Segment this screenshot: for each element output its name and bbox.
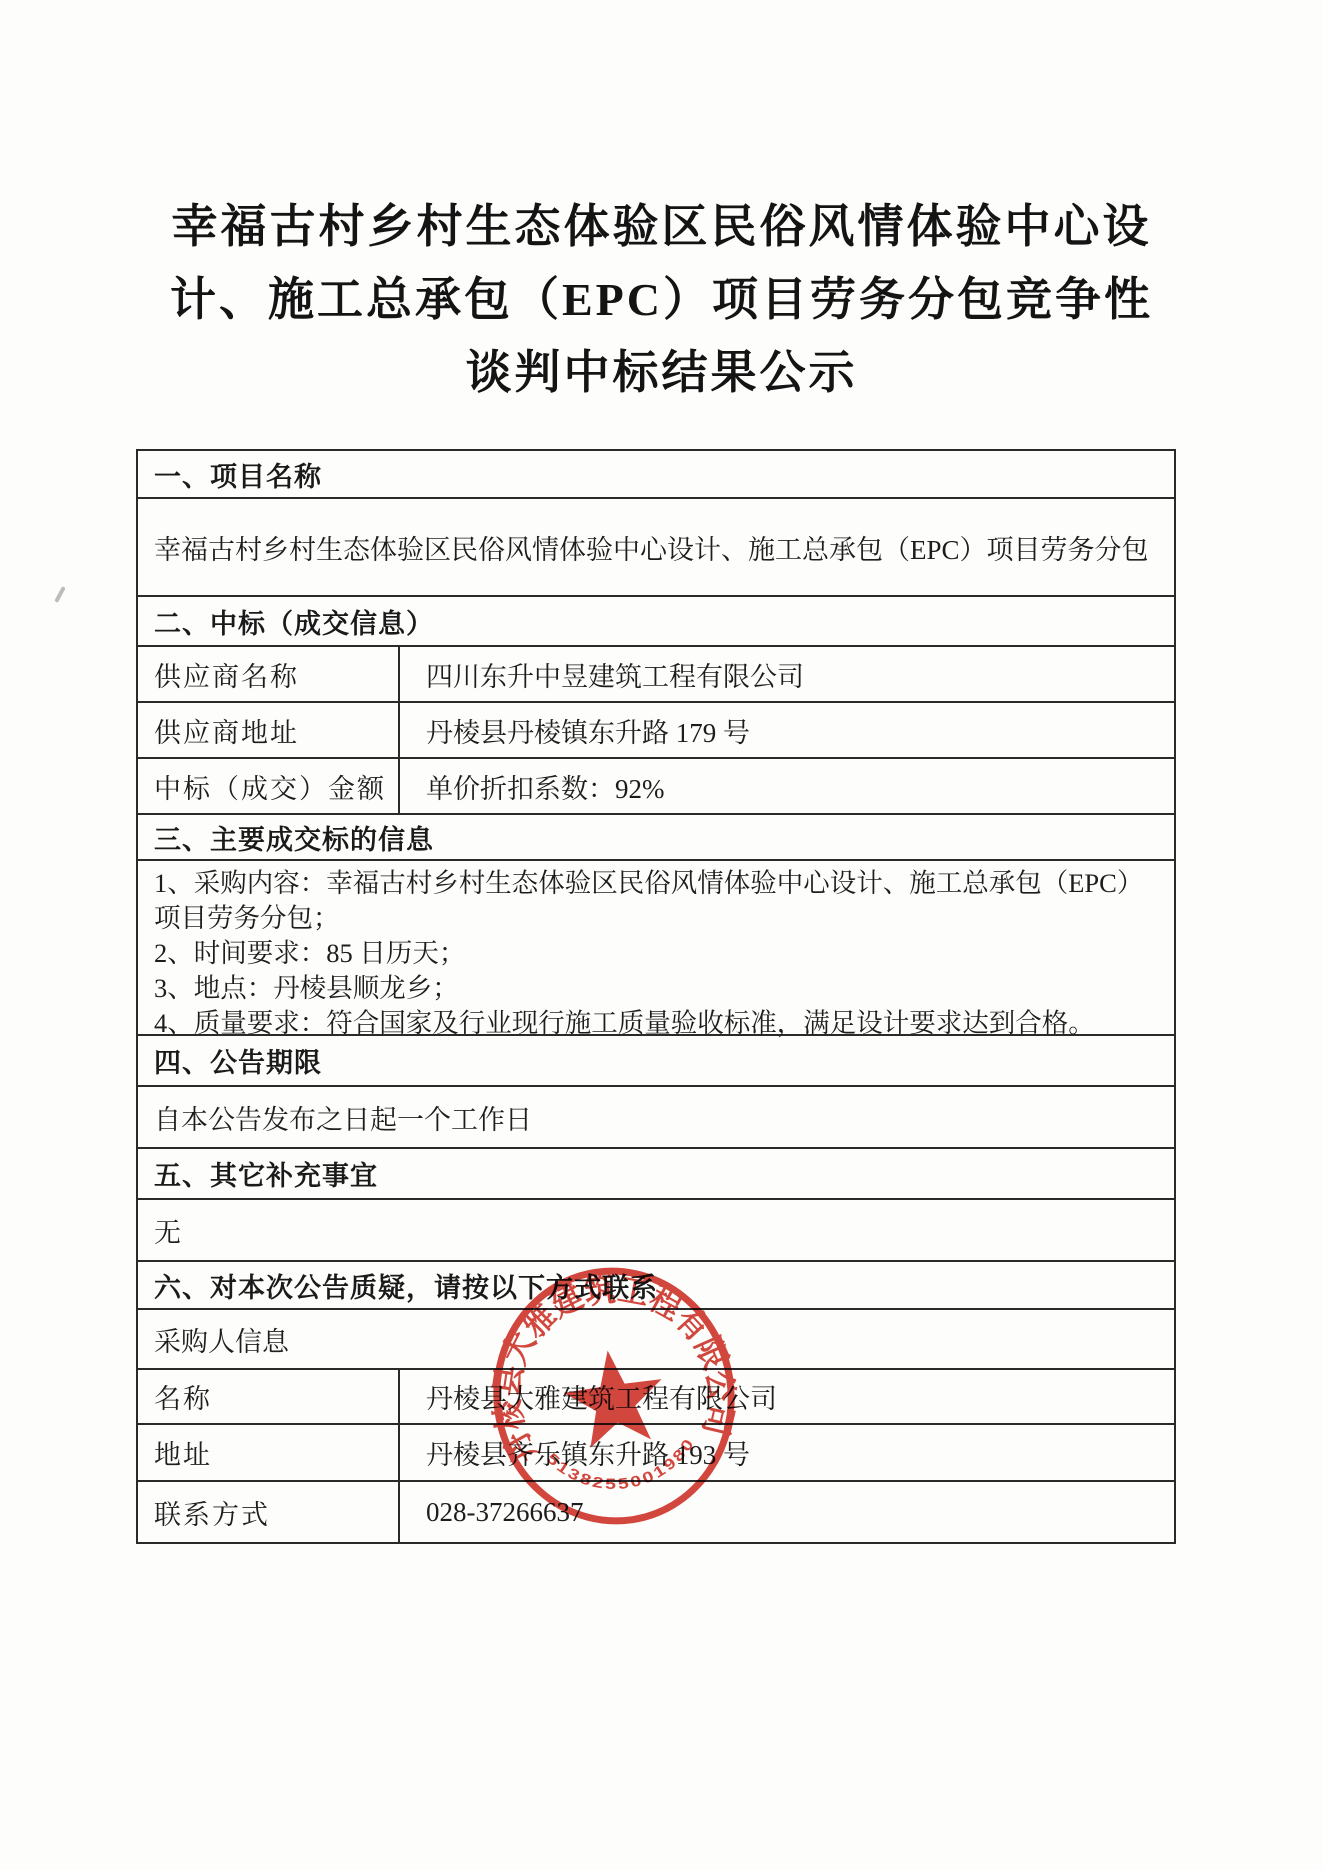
supplier-address-value: 丹棱县丹棱镇东升路 179 号 [400, 711, 1174, 750]
section3-content: 1、采购内容：幸福古村乡村生态体验区民俗风情体验中心设计、施工总承包（EPC）项… [138, 861, 1174, 1036]
section5-content: 无 [138, 1200, 1174, 1262]
supplier-address-label: 供应商地址 [138, 703, 400, 757]
scanned-document-page: 幸福古村乡村生态体验区民俗风情体验中心设 计、施工总承包（EPC）项目劳务分包竞… [0, 0, 1323, 1870]
title-line-1: 幸福古村乡村生态体验区民俗风情体验中心设 [70, 190, 1253, 263]
section6-header: 六、对本次公告质疑，请按以下方式联系 [138, 1262, 1174, 1310]
section2-header: 二、中标（成交信息） [138, 597, 1174, 647]
scan-artifact-mark [54, 586, 66, 603]
award-amount-row: 中标（成交）金额 单价折扣系数：92% [138, 759, 1174, 815]
title-line-2: 计、施工总承包（EPC）项目劳务分包竞争性 [70, 263, 1253, 336]
supplier-address-row: 供应商地址 丹棱县丹棱镇东升路 179 号 [138, 703, 1174, 759]
announcement-table: 一、项目名称 幸福古村乡村生态体验区民俗风情体验中心设计、施工总承包（EPC）项… [136, 449, 1176, 1544]
supplier-name-value: 四川东升中昱建筑工程有限公司 [400, 655, 1174, 694]
purchaser-contact-label: 联系方式 [138, 1482, 400, 1542]
supplier-name-row: 供应商名称 四川东升中昱建筑工程有限公司 [138, 647, 1174, 703]
purchaser-name-value: 丹棱县大雅建筑工程有限公司 [400, 1377, 1174, 1416]
section3-item-1: 1、采购内容：幸福古村乡村生态体验区民俗风情体验中心设计、施工总承包（EPC）项… [154, 866, 1158, 936]
purchaser-contact-value: 028-37266637 [400, 1497, 1174, 1528]
section3-header: 三、主要成交标的信息 [138, 815, 1174, 861]
document-title: 幸福古村乡村生态体验区民俗风情体验中心设 计、施工总承包（EPC）项目劳务分包竞… [70, 190, 1253, 409]
purchaser-name-label: 名称 [138, 1370, 400, 1423]
award-amount-label: 中标（成交）金额 [138, 759, 400, 813]
section3-item-2: 2、时间要求：85 日历天； [154, 936, 1158, 971]
section4-content: 自本公告发布之日起一个工作日 [138, 1087, 1174, 1149]
section3-item-4: 4、质量要求：符合国家及行业现行施工质量验收标准，满足设计要求达到合格。 [154, 1006, 1158, 1041]
purchaser-info-row: 采购人信息 [138, 1310, 1174, 1370]
purchaser-contact-row: 联系方式 028-37266637 [138, 1482, 1174, 1542]
section1-header: 一、项目名称 [138, 451, 1174, 499]
purchaser-name-row: 名称 丹棱县大雅建筑工程有限公司 [138, 1370, 1174, 1425]
title-line-3: 谈判中标结果公示 [70, 336, 1253, 409]
purchaser-address-label: 地址 [138, 1425, 400, 1480]
supplier-name-label: 供应商名称 [138, 647, 400, 701]
section3-item-3: 3、地点：丹棱县顺龙乡； [154, 971, 1158, 1006]
award-amount-value: 单价折扣系数：92% [400, 767, 1174, 806]
section1-content: 幸福古村乡村生态体验区民俗风情体验中心设计、施工总承包（EPC）项目劳务分包 [138, 499, 1174, 597]
section5-header: 五、其它补充事宜 [138, 1149, 1174, 1200]
purchaser-address-value: 丹棱县齐乐镇东升路 193 号 [400, 1433, 1174, 1472]
section4-header: 四、公告期限 [138, 1036, 1174, 1087]
purchaser-address-row: 地址 丹棱县齐乐镇东升路 193 号 [138, 1425, 1174, 1482]
